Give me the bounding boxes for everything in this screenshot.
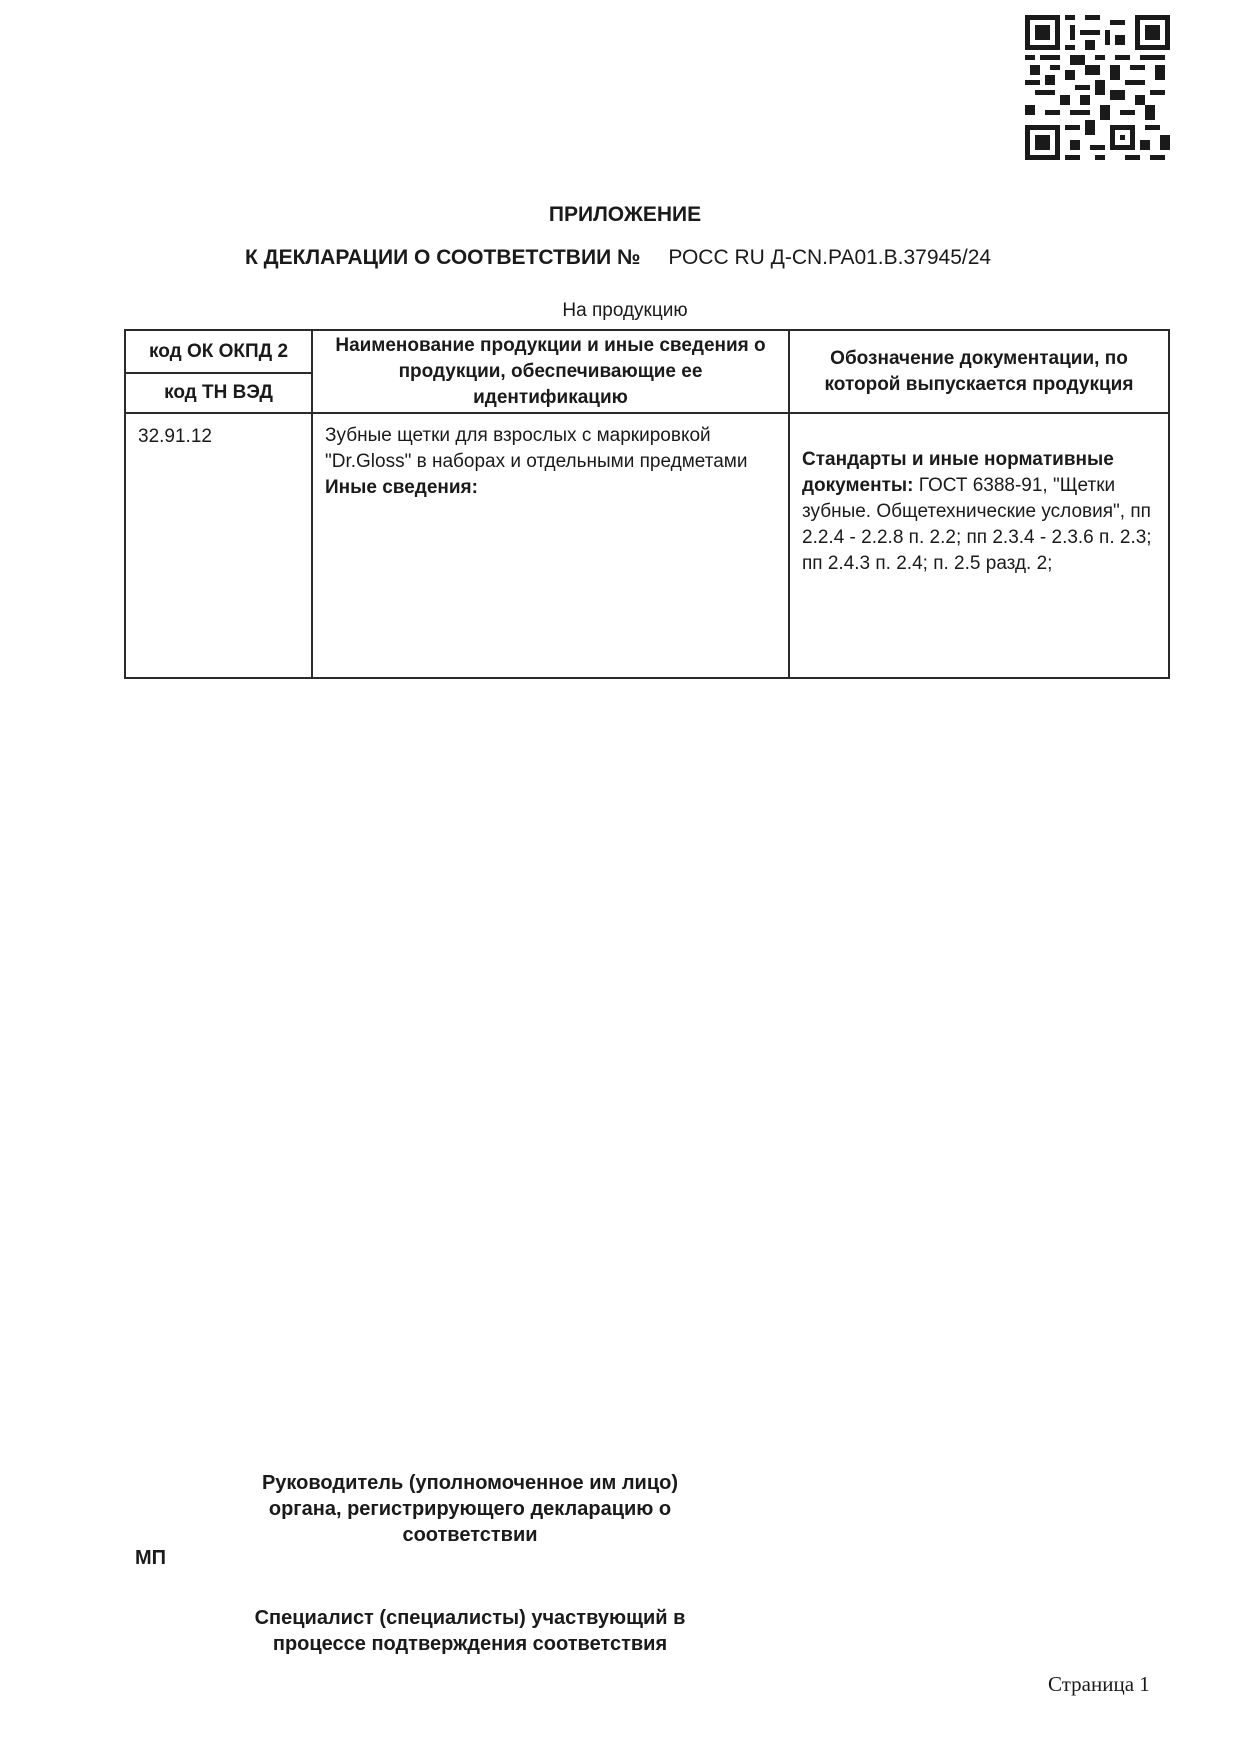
- product-name: Зубные щетки для взрослых с маркировкой …: [325, 423, 776, 475]
- document-title: ПРИЛОЖЕНИЕ: [0, 203, 1240, 227]
- document-subtitle: К ДЕКЛАРАЦИИ О СООТВЕТСТВИИ №РОСС RU Д-C…: [245, 246, 991, 270]
- qr-code-icon: [1025, 15, 1170, 160]
- page-number: Страница 1: [1048, 1672, 1150, 1697]
- table-row: 32.91.12 Зубные щетки для взрослых с мар…: [125, 413, 1169, 678]
- product-code: 32.91.12: [125, 413, 312, 678]
- product-name-cell: Зубные щетки для взрослых с маркировкой …: [312, 413, 789, 678]
- other-info-label: Иные сведения:: [325, 477, 478, 498]
- header-okpd-code: код ОК ОКПД 2: [125, 330, 312, 373]
- stamp-place-label: МП: [135, 1547, 166, 1570]
- declaration-number: РОСС RU Д-CN.PA01.В.37945/24: [668, 246, 991, 269]
- head-signature-label: Руководитель (уполномоченное им лицо) ор…: [225, 1470, 715, 1548]
- documentation-cell: Стандарты и иные нормативные документы: …: [789, 413, 1169, 678]
- for-product-label: На продукцию: [0, 300, 1240, 322]
- header-documentation: Обозначение документации, по которой вып…: [789, 330, 1169, 413]
- specialist-signature-label: Специалист (специалисты) участвующий в п…: [215, 1605, 725, 1657]
- product-table: код ОК ОКПД 2 Наименование продукции и и…: [124, 329, 1170, 679]
- declaration-label: К ДЕКЛАРАЦИИ О СООТВЕТСТВИИ №: [245, 246, 640, 269]
- header-tnved-code: код ТН ВЭД: [125, 373, 312, 413]
- header-product-name: Наименование продукции и иные сведения о…: [312, 330, 789, 413]
